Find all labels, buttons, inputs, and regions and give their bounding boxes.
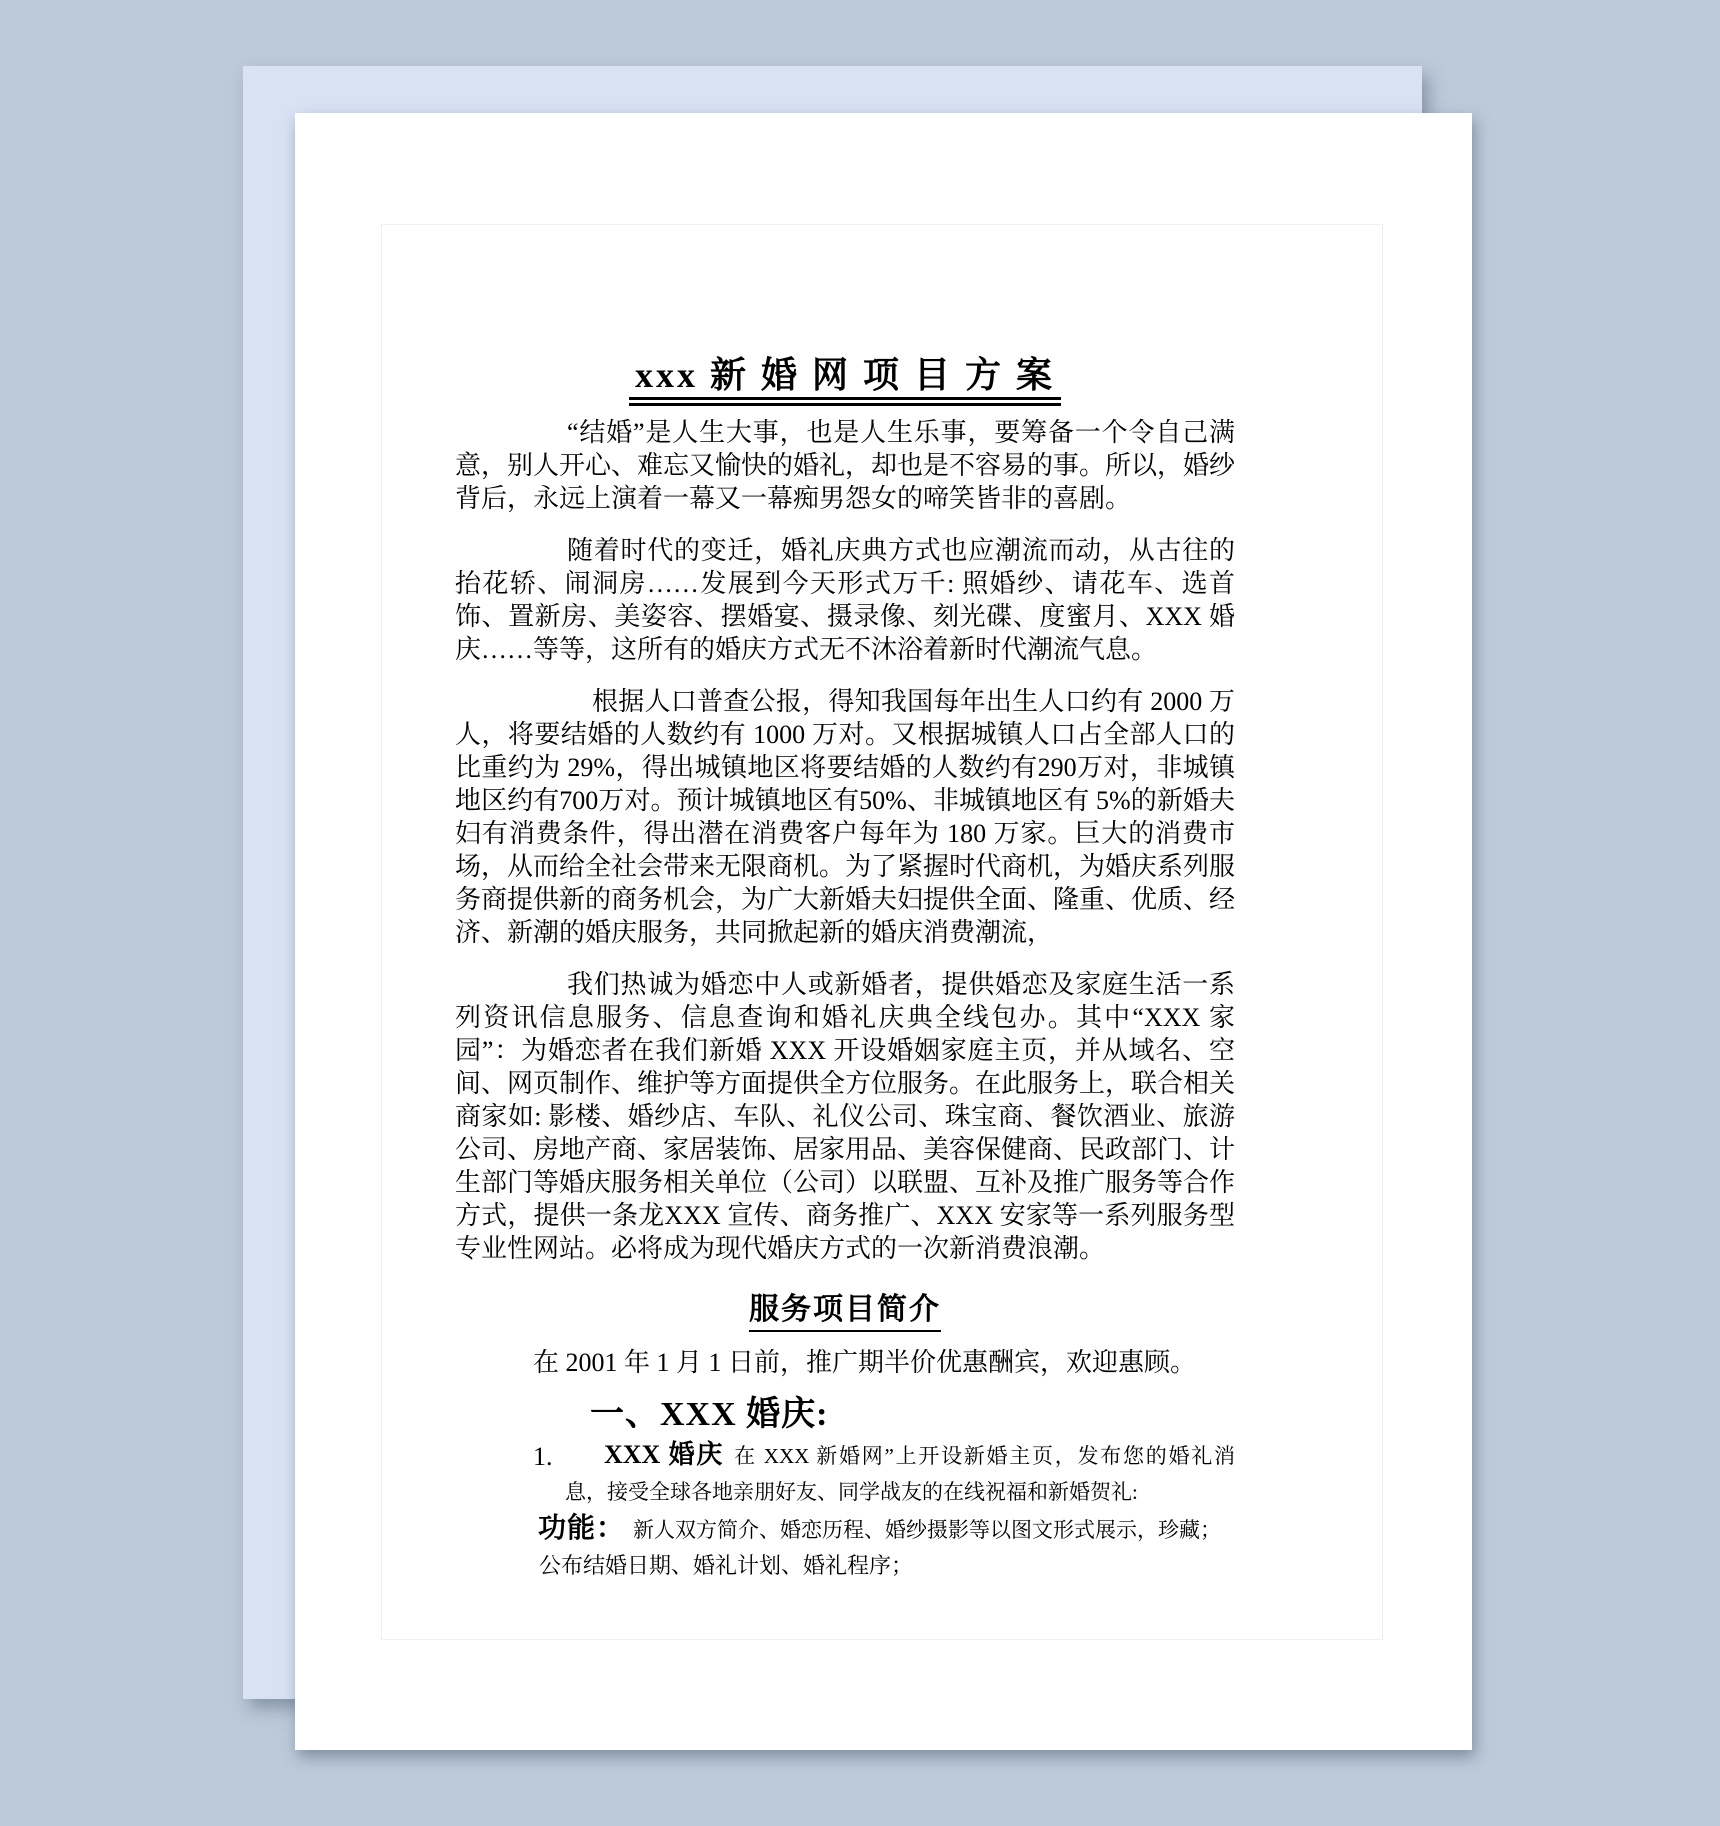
features-text: 新人双方简介、婚恋历程、婚纱摄影等以图文形式展示，珍藏；	[633, 1518, 1221, 1542]
list-item-name: XXX 婚庆	[604, 1440, 734, 1469]
section-heading: 服务项目简介	[749, 1291, 941, 1332]
document-content: xxx 新 婚 网 项 目 方 案 “结婚”是人生大事，也是人生乐事，要筹备一个…	[455, 113, 1235, 1584]
title-wrap: xxx 新 婚 网 项 目 方 案	[455, 355, 1235, 406]
subsection-heading: 一、XXX 婚庆:	[455, 1395, 1235, 1435]
features-line-2: 公布结婚日期、婚礼计划、婚礼程序；	[455, 1548, 1235, 1584]
promo-line: 在 2001 年 1 月 1 日前，推广期半价优惠酬宾，欢迎惠顾。	[455, 1346, 1235, 1379]
desktop-background: xxx 新 婚 网 项 目 方 案 “结婚”是人生大事，也是人生乐事，要筹备一个…	[0, 0, 1720, 1826]
paragraph-3: 根据人口普查公报，得知我国每年出生人口约有 2000 万人，将要结婚的人数约有 …	[455, 685, 1235, 949]
document-title: xxx 新 婚 网 项 目 方 案	[629, 355, 1061, 406]
features-line-1-wrap: 功能：新人双方简介、婚恋历程、婚纱摄影等以图文形式展示，珍藏；	[455, 1510, 1235, 1548]
list-item-text-wrap: XXX 婚庆在 XXX 新婚网”上开设新婚主页，发布您的婚礼消息，接受全球各地亲…	[565, 1437, 1235, 1510]
paragraph-2: 随着时代的变迁，婚礼庆典方式也应潮流而动，从古往的抬花轿、闹洞房……发展到今天形…	[455, 534, 1235, 666]
paragraph-4: 我们热诚为婚恋中人或新婚者，提供婚恋及家庭生活一系列资讯信息服务、信息查询和婚礼…	[455, 968, 1235, 1265]
document-page: xxx 新 婚 网 项 目 方 案 “结婚”是人生大事，也是人生乐事，要筹备一个…	[295, 113, 1472, 1750]
list-item-number: 1.	[533, 1439, 553, 1475]
section-heading-wrap: 服务项目简介	[455, 1291, 1235, 1332]
list-item: 1. XXX 婚庆在 XXX 新婚网”上开设新婚主页，发布您的婚礼消息，接受全球…	[455, 1437, 1235, 1510]
features-label: 功能：	[538, 1512, 633, 1543]
paragraph-1: “结婚”是人生大事，也是人生乐事，要筹备一个令自己满意，别人开心、难忘又愉快的婚…	[455, 416, 1235, 515]
